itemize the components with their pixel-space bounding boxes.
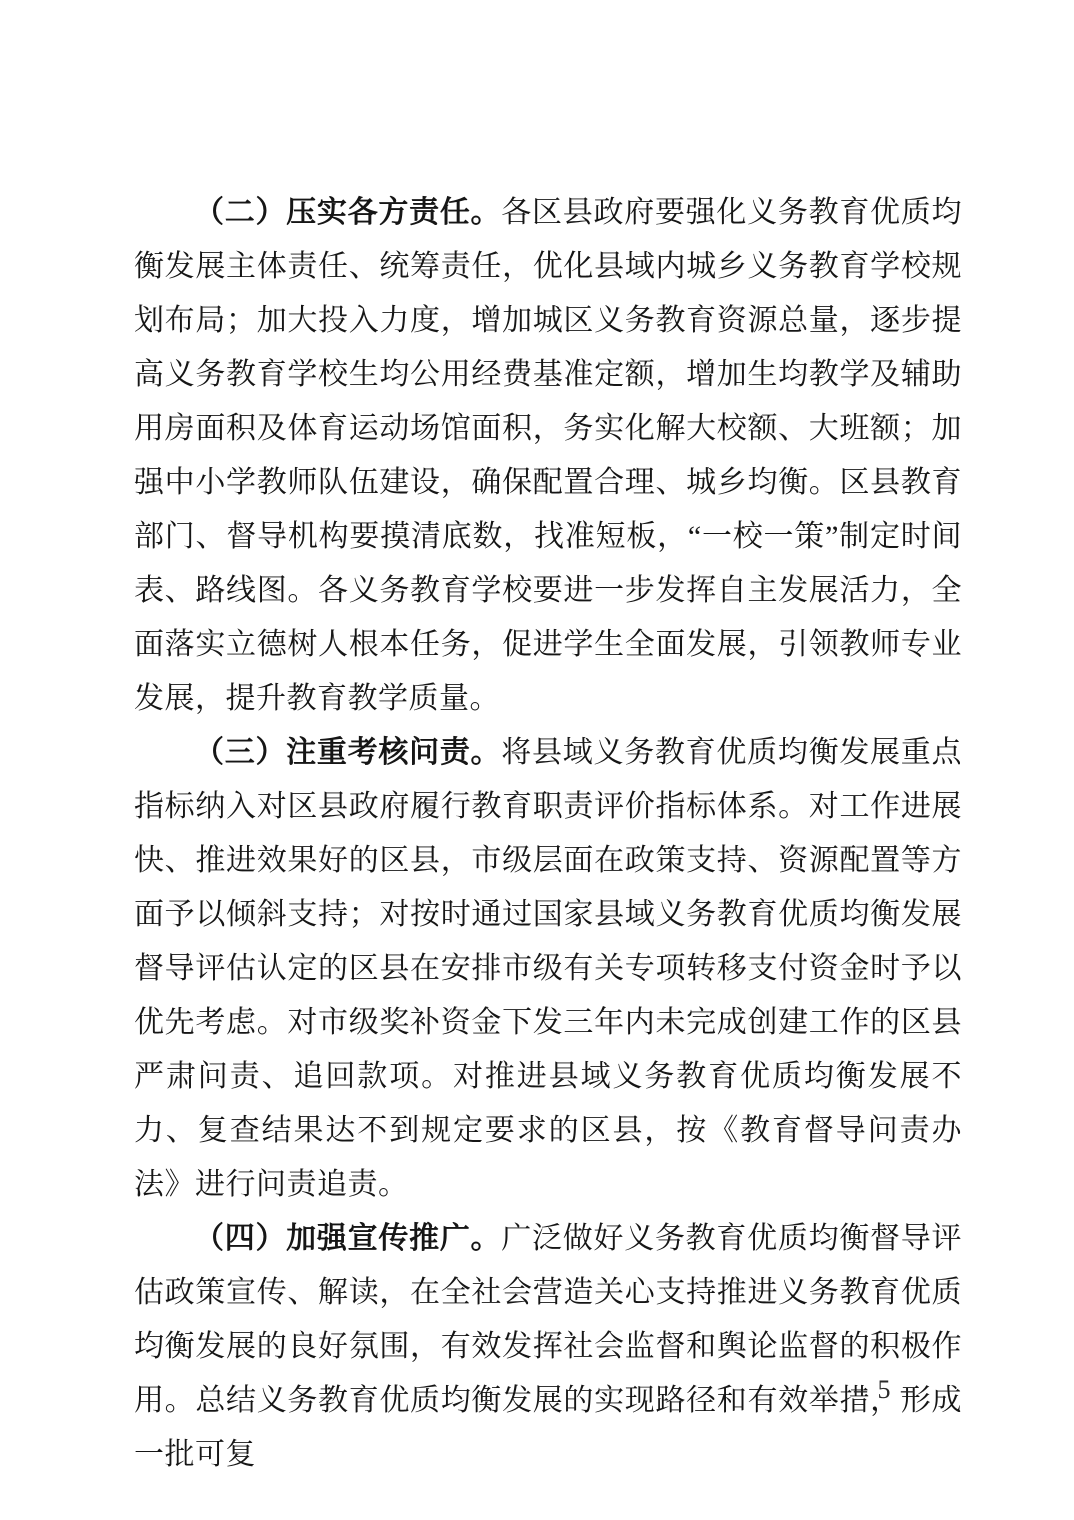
paragraph-section-3-text: 将县域义务教育优质均衡发展重点指标纳入对区县政府履行教育职责评价指标体系。对工作… bbox=[134, 736, 962, 1201]
page-number: – 5 – bbox=[848, 1376, 922, 1404]
document-body: （二）压实各方责任。各区县政府要强化义务教育优质均衡发展主体责任、统筹责任，优化… bbox=[134, 186, 962, 1482]
paragraph-section-3-heading: （三）注重考核问责。 bbox=[194, 736, 501, 769]
paragraph-section-4: （四）加强宣传推广。广泛做好义务教育优质均衡督导评估政策宣传、解读，在全社会营造… bbox=[134, 1212, 962, 1482]
paragraph-section-2-text: 各区县政府要强化义务教育优质均衡发展主体责任、统筹责任，优化县域内城乡义务教育学… bbox=[134, 196, 962, 715]
paragraph-section-3: （三）注重考核问责。将县域义务教育优质均衡发展重点指标纳入对区县政府履行教育职责… bbox=[134, 726, 962, 1212]
paragraph-section-4-heading: （四）加强宣传推广。 bbox=[194, 1222, 501, 1255]
document-page: （二）压实各方责任。各区县政府要强化义务教育优质均衡发展主体责任、统筹责任，优化… bbox=[0, 0, 1074, 1520]
paragraph-section-2: （二）压实各方责任。各区县政府要强化义务教育优质均衡发展主体责任、统筹责任，优化… bbox=[134, 186, 962, 726]
paragraph-section-2-heading: （二）压实各方责任。 bbox=[194, 196, 501, 229]
paragraph-section-4-text: 广泛做好义务教育优质均衡督导评估政策宣传、解读，在全社会营造关心支持推进义务教育… bbox=[134, 1222, 962, 1471]
